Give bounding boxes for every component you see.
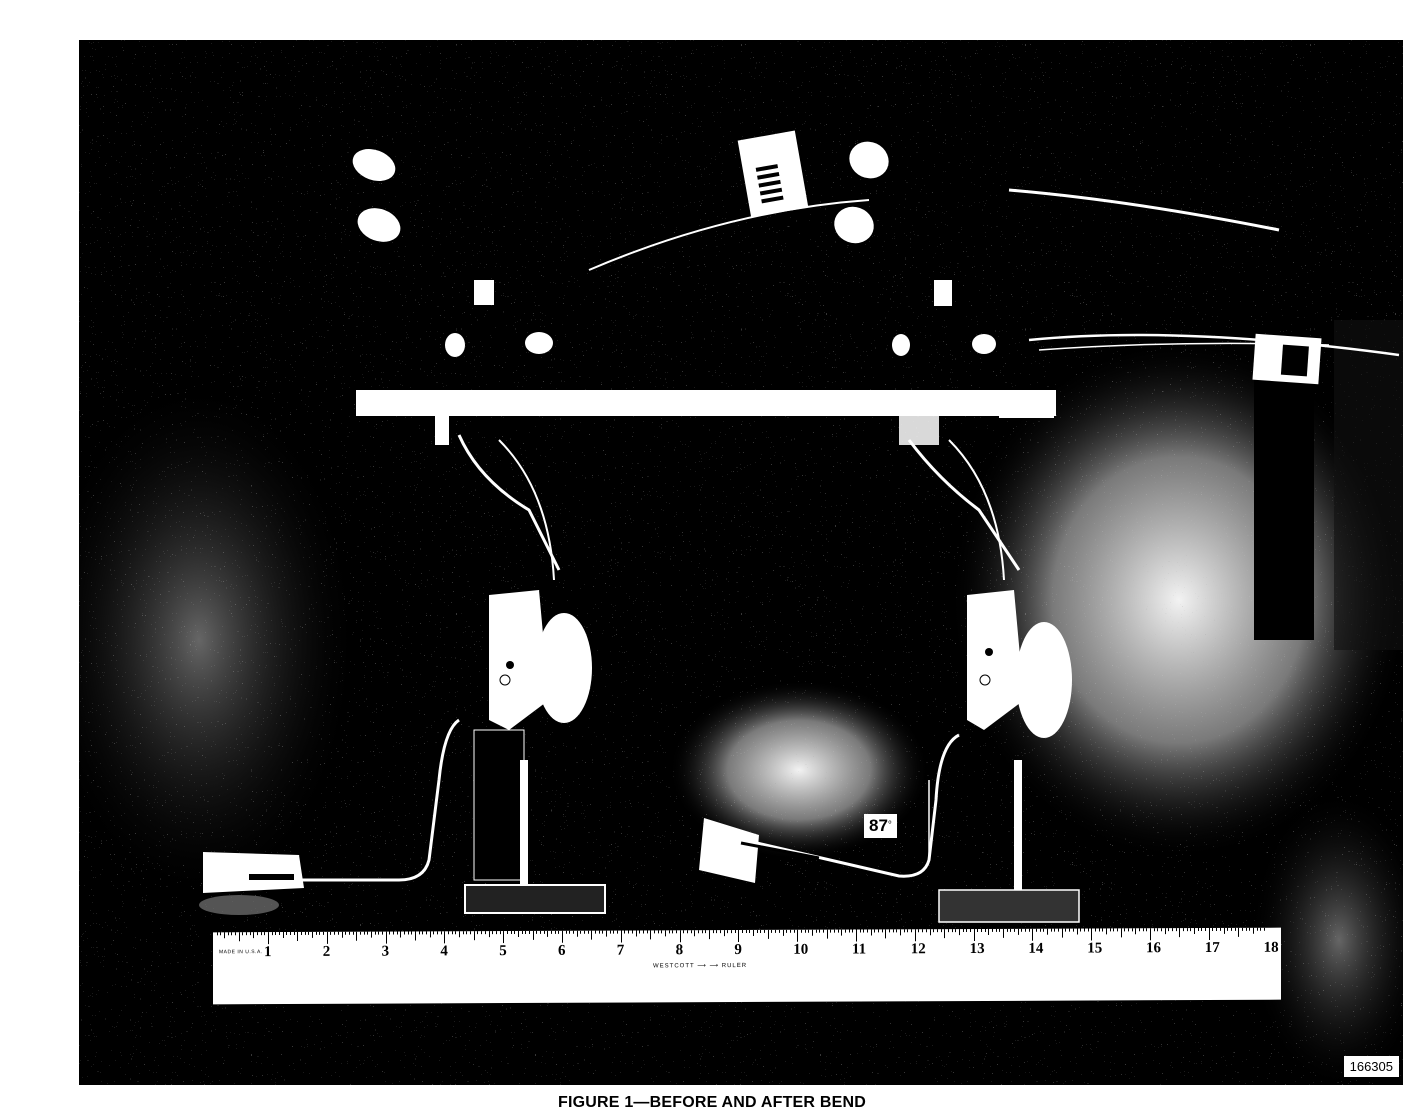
ruler-tick xyxy=(838,930,839,933)
ruler-tick xyxy=(691,930,692,933)
ruler-tick xyxy=(430,931,431,937)
ruler-tick xyxy=(522,931,523,934)
ruler-tick xyxy=(724,930,725,936)
ruler-tick xyxy=(290,932,291,935)
ruler-tick xyxy=(669,930,670,933)
ruler-tick xyxy=(805,930,806,933)
ruler-tick xyxy=(367,932,368,935)
ruler-tick xyxy=(845,930,846,933)
ruler-tick xyxy=(444,931,445,943)
ruler-tick xyxy=(1216,928,1217,931)
ruler-tick xyxy=(272,932,273,935)
ruler-tick xyxy=(529,931,530,934)
ruler-tick xyxy=(632,930,633,933)
ruler-tick xyxy=(408,931,409,934)
ruler-tick xyxy=(687,930,688,933)
ruler-number: 6 xyxy=(558,943,566,960)
ruler-tick xyxy=(790,930,791,933)
ruler-tick xyxy=(1077,929,1078,935)
ruler-number: 2 xyxy=(323,944,331,961)
ruler-tick xyxy=(709,930,710,939)
ruler-tick xyxy=(533,931,534,940)
ruler-number: 4 xyxy=(440,943,448,960)
ruler-tick xyxy=(992,929,993,932)
ruler-tick xyxy=(1161,928,1162,931)
ruler-number: 18 xyxy=(1264,940,1279,957)
ruler-tick xyxy=(330,932,331,935)
ruler-tick xyxy=(966,929,967,932)
ruler-tick xyxy=(1187,928,1188,931)
ruler-number: 3 xyxy=(382,944,390,961)
ruler-tick xyxy=(1135,928,1136,934)
ruler-tick xyxy=(959,929,960,935)
bend-angle-value: 87 xyxy=(869,816,888,835)
ruler-number: 9 xyxy=(734,942,742,959)
ruler-tick xyxy=(500,931,501,934)
ruler-tick xyxy=(918,929,919,932)
bend-angle-label: 87° xyxy=(864,814,897,838)
ruler-tick xyxy=(514,931,515,934)
ruler-tick xyxy=(389,932,390,935)
ruler-tick xyxy=(904,929,905,932)
ruler-tick xyxy=(319,932,320,935)
ruler-tick xyxy=(1014,929,1015,932)
ruler-tick xyxy=(937,929,938,932)
ruler-tick xyxy=(922,929,923,932)
ruler-tick xyxy=(1036,929,1037,932)
ruler-tick xyxy=(933,929,934,932)
ruler-tick xyxy=(312,932,313,938)
ruler-tick xyxy=(827,930,828,939)
ruler-tick xyxy=(1106,928,1107,934)
ruler-tick xyxy=(665,930,666,936)
ruler-tick xyxy=(1198,928,1199,931)
ruler-tick xyxy=(1029,929,1030,932)
ruler-tick xyxy=(1150,928,1151,940)
ruler-tick xyxy=(1113,928,1114,931)
ruler-tick xyxy=(834,930,835,933)
ruler-tick xyxy=(426,931,427,934)
ruler-tick xyxy=(738,930,739,942)
ruler-number: 14 xyxy=(1028,941,1043,958)
ruler-tick xyxy=(463,931,464,934)
ruler-number: 7 xyxy=(617,943,625,960)
ruler-tick xyxy=(588,931,589,934)
ruler-tick xyxy=(1194,928,1195,934)
ruler-tick xyxy=(591,931,592,940)
ruler-tick xyxy=(647,930,648,933)
ruler-tick xyxy=(650,930,651,939)
ruler-tick xyxy=(268,932,269,944)
ruler-tick xyxy=(239,932,240,941)
ruler-tick xyxy=(342,932,343,938)
ruler-tick xyxy=(360,932,361,935)
ruler-tick xyxy=(305,932,306,935)
ruler-tick xyxy=(812,930,813,936)
ruler-tick xyxy=(301,932,302,935)
ruler-tick xyxy=(327,932,328,944)
ruler-tick xyxy=(1110,928,1111,931)
ruler-tick xyxy=(617,931,618,934)
ruler-tick xyxy=(874,929,875,932)
ruler-tick xyxy=(1165,928,1166,934)
ruler-tick xyxy=(1246,928,1247,931)
ruler-tick xyxy=(1102,928,1103,931)
ruler-tick xyxy=(338,932,339,935)
figure-caption: FIGURE 1—BEFORE AND AFTER BEND xyxy=(0,1094,1424,1112)
ruler-tick xyxy=(661,930,662,933)
ruler-tick xyxy=(1132,928,1133,931)
ruler-tick xyxy=(220,932,221,935)
ruler-tick xyxy=(1179,928,1180,937)
ruler-tick xyxy=(613,931,614,934)
ruler-tick xyxy=(907,929,908,932)
ruler-tick xyxy=(944,929,945,938)
ruler-tick xyxy=(393,932,394,935)
ruler-tick xyxy=(1084,929,1085,932)
ruler-tick xyxy=(286,932,287,935)
ruler-tick xyxy=(926,929,927,932)
ruler-number: 1 xyxy=(264,944,272,961)
ruler-tick xyxy=(452,931,453,934)
ruler-tick xyxy=(610,931,611,934)
ruler-tick xyxy=(1069,929,1070,932)
ruler-tick xyxy=(1176,928,1177,931)
ruler-tick xyxy=(1021,929,1022,932)
ruler-tick xyxy=(419,931,420,934)
ruler-tick xyxy=(1260,928,1261,931)
ruler-tick xyxy=(308,932,309,935)
ruler-number: 11 xyxy=(852,941,866,958)
ruler-tick xyxy=(896,929,897,932)
ruler-tick xyxy=(356,932,357,941)
ruler-tick xyxy=(783,930,784,936)
ruler-tick xyxy=(364,932,365,935)
ruler-number: 8 xyxy=(676,942,684,959)
ruler-tick xyxy=(397,932,398,935)
ruler-tick xyxy=(757,930,758,933)
ruler-tick xyxy=(628,931,629,934)
ruler-tick xyxy=(1139,928,1140,931)
ruler-tick xyxy=(878,929,879,932)
ruler-tick xyxy=(1157,928,1158,931)
ruler-tick xyxy=(507,931,508,934)
ruler-tick xyxy=(1183,928,1184,931)
ruler-tick xyxy=(760,930,761,933)
ruler-tick xyxy=(437,931,438,934)
ruler-tick xyxy=(830,930,831,933)
ruler-brand: MADE IN U.S.A. xyxy=(219,949,263,955)
ruler-tick xyxy=(999,929,1000,932)
ruler-tick xyxy=(996,929,997,932)
ruler-tick xyxy=(466,931,467,934)
ruler-tick xyxy=(316,932,317,935)
ruler-tick xyxy=(485,931,486,934)
ruler-tick xyxy=(952,929,953,932)
photo-number: 166305 xyxy=(1344,1056,1399,1077)
ruler-tick xyxy=(470,931,471,934)
ruler-tick xyxy=(841,930,842,936)
ruler-tick xyxy=(382,932,383,935)
ruler-tick xyxy=(371,932,372,938)
ruler-tick xyxy=(786,930,787,933)
ruler-tick xyxy=(823,930,824,933)
ruler-tick xyxy=(794,930,795,933)
ruler-tick xyxy=(1043,929,1044,932)
ruler-tick xyxy=(345,932,346,935)
ruler-tick xyxy=(511,931,512,934)
ruler-tick xyxy=(1253,928,1254,934)
ruler-tick xyxy=(415,931,416,940)
ruler-tick xyxy=(525,931,526,934)
ruler-tick xyxy=(1058,929,1059,932)
ruler-tick xyxy=(562,931,563,943)
ruler-tick xyxy=(771,930,772,933)
ruler-tick xyxy=(731,930,732,933)
ruler-tick xyxy=(863,929,864,932)
ruler-tick xyxy=(1154,928,1155,931)
ruler-tick xyxy=(915,929,916,941)
ruler-tick xyxy=(1051,929,1052,932)
ruler-tick xyxy=(705,930,706,933)
ruler-tick xyxy=(893,929,894,932)
ruler-tick xyxy=(455,931,456,934)
ruler-tick xyxy=(988,929,989,935)
ruler-tick xyxy=(1264,928,1265,931)
ruler-tick xyxy=(1010,929,1011,932)
ruler-tick xyxy=(1121,928,1122,937)
ruler-tick xyxy=(540,931,541,934)
ruler-tick xyxy=(261,932,262,935)
ruler-tick xyxy=(228,932,229,935)
ruler-tick xyxy=(1249,928,1250,931)
ruler-tick xyxy=(547,931,548,937)
ruler-tick xyxy=(885,929,886,938)
ruler-tick xyxy=(1099,928,1100,931)
ruler-tick xyxy=(816,930,817,933)
ruler-tick xyxy=(1032,929,1033,941)
ruler: MADE IN U.S.A. 1234567891011121314151617… xyxy=(213,928,1281,1005)
ruler-tick xyxy=(1238,928,1239,937)
ruler-tick xyxy=(1257,928,1258,931)
ruler-tick xyxy=(349,932,350,935)
ruler-tick xyxy=(713,930,714,933)
ruler-tick xyxy=(555,931,556,934)
ruler-tick xyxy=(683,930,684,933)
ruler-tick xyxy=(1168,928,1169,931)
ruler-tick xyxy=(963,929,964,932)
ruler-tick xyxy=(400,932,401,938)
ruler-tick xyxy=(264,932,265,935)
ruler-tick xyxy=(294,932,295,935)
ruler-number: 10 xyxy=(793,942,808,959)
ruler-tick xyxy=(702,930,703,933)
ruler-tick xyxy=(1143,928,1144,931)
ruler-tick xyxy=(985,929,986,932)
ruler-number: 5 xyxy=(499,943,507,960)
ruler-tick xyxy=(889,929,890,932)
degree-symbol: ° xyxy=(888,820,892,831)
ruler-tick xyxy=(503,931,504,943)
ruler-tick xyxy=(375,932,376,935)
ruler-tick xyxy=(1054,929,1055,932)
ruler-number: 13 xyxy=(970,941,985,958)
ruler-tick xyxy=(297,932,298,941)
ruler-tick xyxy=(279,932,280,935)
ruler-tick xyxy=(1124,928,1125,931)
ruler-tick xyxy=(779,930,780,933)
ruler-tick xyxy=(941,929,942,932)
ruler-number: 15 xyxy=(1087,940,1102,957)
ruler-tick xyxy=(801,930,802,933)
ruler-tick xyxy=(544,931,545,934)
ruler-tick xyxy=(1003,929,1004,938)
ruler-tick xyxy=(974,929,975,941)
ruler-tick xyxy=(1065,929,1066,932)
ruler-tick xyxy=(694,930,695,936)
ruler-tick xyxy=(599,931,600,934)
ruler-tick xyxy=(1091,928,1092,940)
ruler-tick xyxy=(441,931,442,934)
ruler-tick xyxy=(1172,928,1173,931)
ruler-tick xyxy=(624,931,625,934)
ruler-tick xyxy=(250,932,251,935)
ruler-tick xyxy=(654,930,655,933)
ruler-tick xyxy=(411,931,412,934)
ruler-tick xyxy=(856,930,857,942)
ruler-tick xyxy=(1007,929,1008,932)
ruler-tick xyxy=(930,929,931,935)
ruler-tick xyxy=(621,931,622,943)
ruler-tick xyxy=(602,931,603,934)
ruler-tick xyxy=(735,930,736,933)
ruler-tick xyxy=(955,929,956,932)
ruler-tick xyxy=(242,932,243,935)
ruler-tick xyxy=(275,932,276,935)
ruler-tick xyxy=(911,929,912,932)
ruler-tick xyxy=(1212,928,1213,931)
ruler-tick xyxy=(900,929,901,935)
ruler-tick xyxy=(323,932,324,935)
ruler-tick xyxy=(577,931,578,937)
ruler-tick xyxy=(1018,929,1019,935)
part-tag-right xyxy=(1252,334,1321,384)
ruler-tick xyxy=(867,929,868,932)
ruler-tick xyxy=(716,930,717,933)
ruler-tick xyxy=(1146,928,1147,931)
ruler-tick xyxy=(573,931,574,934)
ruler-tick xyxy=(948,929,949,932)
ruler-tick xyxy=(749,930,750,933)
ruler-tick xyxy=(1224,928,1225,934)
ruler-tick xyxy=(257,932,258,935)
ruler-tick xyxy=(459,931,460,937)
ruler-tick xyxy=(1047,929,1048,935)
ruler-tick xyxy=(433,931,434,934)
ruler-tick xyxy=(1062,929,1063,938)
ruler-tick xyxy=(551,931,552,934)
ruler-tick xyxy=(477,931,478,934)
ruler-tick xyxy=(746,930,747,933)
ruler-tick xyxy=(518,931,519,937)
ruler-tick xyxy=(224,932,225,938)
ruler-number: 16 xyxy=(1146,940,1161,957)
ruler-tick xyxy=(569,931,570,934)
ruler-tick xyxy=(970,929,971,932)
ruler-tick xyxy=(768,930,769,939)
ruler-tick xyxy=(595,931,596,934)
ruler-tick xyxy=(852,930,853,933)
ruler-tick xyxy=(231,932,232,935)
ruler-tick xyxy=(698,930,699,933)
ruler-tick xyxy=(808,930,809,933)
ruler-tick xyxy=(636,930,637,936)
ruler-tick xyxy=(489,931,490,937)
ruler-tick xyxy=(672,930,673,933)
ruler-tick xyxy=(742,930,743,933)
ruler-tick xyxy=(566,931,567,934)
mounting-bar xyxy=(356,390,1056,416)
ruler-tick xyxy=(1242,928,1243,931)
ruler-tick xyxy=(882,929,883,932)
ruler-tick xyxy=(860,930,861,933)
ruler-tick xyxy=(1209,928,1210,940)
ruler-tick xyxy=(353,932,354,935)
ruler-tick xyxy=(764,930,765,933)
ruler-tick xyxy=(1220,928,1221,931)
ruler-tick xyxy=(1190,928,1191,931)
ruler-tick xyxy=(643,930,644,933)
ruler-tick xyxy=(422,931,423,934)
ruler-tick xyxy=(584,931,585,934)
ruler-tick xyxy=(639,930,640,933)
ruler-tick xyxy=(1231,928,1232,931)
ruler-tick xyxy=(1128,928,1129,931)
ruler-tick xyxy=(797,930,798,942)
ruler-tick xyxy=(658,930,659,933)
ruler-tick xyxy=(448,931,449,934)
ruler-tick xyxy=(492,931,493,934)
ruler-tick xyxy=(496,931,497,934)
ruler-tick xyxy=(775,930,776,933)
ruler-tick xyxy=(378,932,379,935)
ruler-number: 12 xyxy=(911,941,926,958)
ruler-tick xyxy=(1025,929,1026,932)
ruler-tick xyxy=(720,930,721,933)
ruler-number: 17 xyxy=(1205,940,1220,957)
ruler-tick xyxy=(404,931,405,934)
ruler-tick xyxy=(753,930,754,936)
ruler-tick xyxy=(481,931,482,934)
ruler-tick xyxy=(386,932,387,944)
ruler-tick xyxy=(334,932,335,935)
ruler-tick xyxy=(536,931,537,934)
ruler-tick xyxy=(474,931,475,940)
ruler-tick xyxy=(1088,929,1089,932)
ruler-tick xyxy=(606,931,607,937)
ruler-tick xyxy=(246,932,247,935)
ruler-tick xyxy=(871,929,872,935)
ruler-tick xyxy=(981,929,982,932)
ruler-tick xyxy=(676,930,677,933)
ruler-tick xyxy=(1205,928,1206,931)
ruler-tick xyxy=(558,931,559,934)
ruler-tick xyxy=(580,931,581,934)
ruler-tick xyxy=(727,930,728,933)
ruler-center-marking: WESTCOTT ⟶ ⟶ RULER xyxy=(653,962,747,969)
ruler-tick xyxy=(217,932,218,935)
ruler-tick xyxy=(819,930,820,933)
